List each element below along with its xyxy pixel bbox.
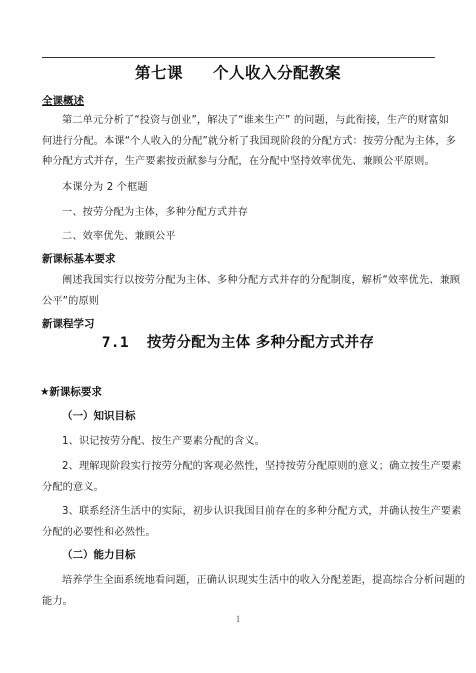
section-heading-new-lesson: 新课程学习	[42, 316, 95, 331]
frame-item-2: 二、效率优先、兼顾公平	[62, 227, 176, 242]
ability-goals-line-2: 能力。	[42, 592, 73, 607]
knowledge-goal-2-line-1: 2、理解现阶段实行按劳分配的客观必然性，坚持按劳分配原则的意义；确立按生产要素	[62, 457, 434, 472]
title-lesson-number: 第七课	[135, 64, 183, 82]
knowledge-goal-2-line-2: 分配的意义。	[42, 478, 104, 493]
section-heading-overview: 全课概述	[42, 93, 84, 108]
knowledge-goal-3-line-2: 分配的必要性和必然性。	[42, 523, 156, 538]
frame-item-1: 一、按劳分配为主体，多种分配方式并存	[62, 203, 248, 218]
section-heading-standard-requirements: 新课标基本要求	[42, 251, 116, 266]
document-title: 第七课个人收入分配教案	[0, 61, 476, 83]
header-rule	[42, 57, 435, 58]
title-lesson-name: 个人收入分配教案	[213, 64, 341, 82]
standard-requirements-line-2: 公平”的原则	[42, 292, 99, 307]
page-number: 1	[0, 614, 476, 624]
subsection-title: 7.1按劳分配为主体 多种分配方式并存	[0, 331, 476, 352]
ability-goals-heading: （二）能力目标	[62, 547, 136, 562]
subsection-title-text: 按劳分配为主体 多种分配方式并存	[147, 335, 374, 351]
overview-line-2: 何进行分配。本课“个人收入的分配”就分析了我国现阶段的分配方式：按劳分配为主体，…	[42, 132, 434, 147]
overview-line-1: 第二单元分析了“投资与创业”，解决了“谁来生产” 的问题，与此衔接，生产的财富如	[62, 111, 434, 126]
overview-line-3: 种分配方式并存，生产要素按贡献参与分配，在分配中坚持效率优先、兼顾公平原则。	[42, 152, 435, 167]
requirements-heading-star: ★新课标要求	[40, 384, 102, 399]
knowledge-goal-1: 1、识记按劳分配、按生产要素分配的含义。	[62, 432, 265, 447]
ability-goals-line-1: 培养学生全面系统地看问题，正确认识现实生活中的收入分配差距，提高综合分析问题的	[62, 571, 434, 586]
standard-requirements-line-1: 阐述我国实行以按劳分配为主体、多种分配方式并存的分配制度，解析“效率优先、兼顾	[62, 271, 434, 286]
frames-intro: 本课分为 2 个框题	[62, 178, 148, 193]
subsection-number: 7.1	[102, 335, 129, 351]
knowledge-goal-3-line-1: 3、联系经济生活中的实际，初步认识我国目前存在的多种分配方式，并确认按生产要素	[62, 502, 434, 517]
knowledge-goals-heading: （一）知识目标	[62, 408, 136, 423]
